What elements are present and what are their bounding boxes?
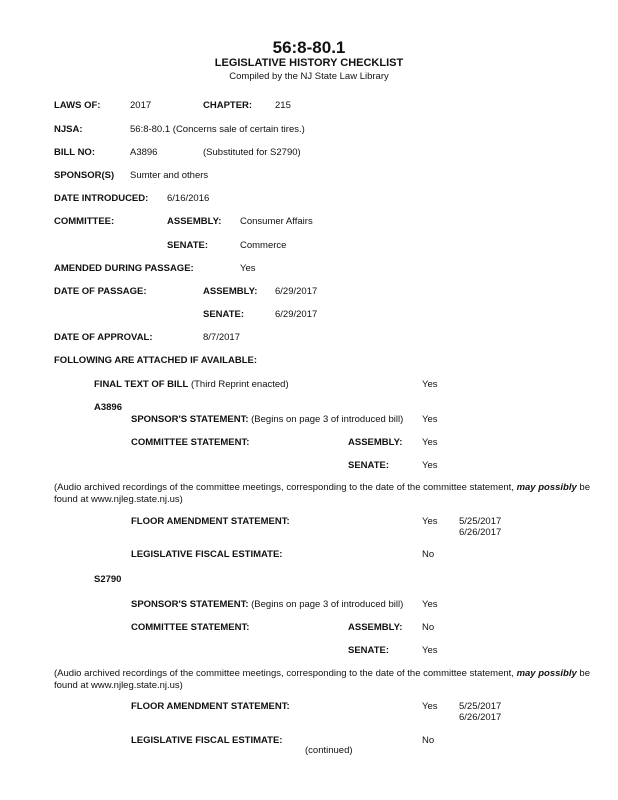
njsa-value: 56:8-80.1 (Concerns sale of certain tire… [130,124,305,135]
date-introduced-label: DATE INTRODUCED: [54,193,148,204]
bill-heading: S2790 [94,574,121,585]
committee-senate-label: SENATE: [167,240,208,251]
committee-statement-assembly-value: Yes [422,437,438,448]
committee-statement-assembly-label: ASSEMBLY: [348,622,402,633]
fiscal-estimate-label: LEGISLATIVE FISCAL ESTIMATE: [131,735,282,746]
final-text-row: FINAL TEXT OF BILL (Third Reprint enacte… [94,379,289,390]
bill-heading: A3896 [94,402,122,413]
committee-label: COMMITTEE: [54,216,114,227]
final-text-label: FINAL TEXT OF BILL [94,379,188,390]
approval-label: DATE OF APPROVAL: [54,332,153,343]
passage-senate-label: SENATE: [203,309,244,320]
committee-assembly-value: Consumer Affairs [240,216,313,227]
floor-amendment-value: Yes [422,516,438,527]
sponsor-statement-note: (Begins on page 3 of introduced bill) [251,599,403,610]
committee-statement-senate-label: SENATE: [348,460,389,471]
committee-statement-assembly-value: No [422,622,434,633]
floor-amendment-date: 5/25/2017 [459,701,501,712]
passage-senate-value: 6/29/2017 [275,309,317,320]
sponsor-statement-label: SPONSOR'S STATEMENT: [131,599,249,610]
document-subtitle: Compiled by the NJ State Law Library [0,71,618,82]
laws-of-label: LAWS OF: [54,100,100,111]
laws-of-value: 2017 [130,100,151,111]
committee-statement-senate-value: Yes [422,645,438,656]
audio-note-emphasis: may possibly [517,668,577,679]
floor-amendment-date: 6/26/2017 [459,527,501,538]
committee-statement-label: COMMITTEE STATEMENT: [131,437,249,448]
committee-statement-assembly-label: ASSEMBLY: [348,437,402,448]
sponsor-statement-label: SPONSOR'S STATEMENT: [131,414,249,425]
committee-senate-value: Commerce [240,240,286,251]
committee-assembly-label: ASSEMBLY: [167,216,221,227]
fiscal-estimate-label: LEGISLATIVE FISCAL ESTIMATE: [131,549,282,560]
audio-note-emphasis: may possibly [517,482,577,493]
document-title: LEGISLATIVE HISTORY CHECKLIST [0,57,618,69]
date-introduced-value: 6/16/2016 [167,193,209,204]
fiscal-estimate-value: No [422,549,434,560]
amended-value: Yes [240,263,256,274]
sponsors-label: SPONSOR(S) [54,170,114,181]
committee-statement-label: COMMITTEE STATEMENT: [131,622,249,633]
passage-assembly-value: 6/29/2017 [275,286,317,297]
bill-no-label: BILL NO: [54,147,95,158]
bill-no-note: (Substituted for S2790) [203,147,301,158]
sponsor-statement-value: Yes [422,414,438,425]
audio-note: (Audio archived recordings of the commit… [54,668,602,692]
attached-heading: FOLLOWING ARE ATTACHED IF AVAILABLE: [54,355,257,366]
passage-label: DATE OF PASSAGE: [54,286,147,297]
floor-amendment-date: 5/25/2017 [459,516,501,527]
passage-assembly-label: ASSEMBLY: [203,286,257,297]
sponsors-value: Sumter and others [130,170,208,181]
bill-no-value: A3896 [130,147,157,158]
statute-number: 56:8-80.1 [0,38,618,58]
final-text-note: (Third Reprint enacted) [191,379,289,390]
njsa-label: NJSA: [54,124,83,135]
floor-amendment-label: FLOOR AMENDMENT STATEMENT: [131,516,290,527]
fiscal-estimate-value: No [422,735,434,746]
sponsor-statement-row: SPONSOR'S STATEMENT: (Begins on page 3 o… [131,414,403,425]
audio-note: (Audio archived recordings of the commit… [54,482,602,506]
committee-statement-senate-label: SENATE: [348,645,389,656]
final-text-value: Yes [422,379,438,390]
chapter-value: 215 [275,100,291,111]
sponsor-statement-row: SPONSOR'S STATEMENT: (Begins on page 3 o… [131,599,403,610]
continued-note: (continued) [305,745,353,756]
approval-value: 8/7/2017 [203,332,240,343]
chapter-label: CHAPTER: [203,100,252,111]
audio-note-text: (Audio archived recordings of the commit… [54,482,517,493]
sponsor-statement-value: Yes [422,599,438,610]
floor-amendment-date: 6/26/2017 [459,712,501,723]
amended-label: AMENDED DURING PASSAGE: [54,263,194,274]
floor-amendment-value: Yes [422,701,438,712]
committee-statement-senate-value: Yes [422,460,438,471]
audio-note-text: (Audio archived recordings of the commit… [54,668,517,679]
floor-amendment-label: FLOOR AMENDMENT STATEMENT: [131,701,290,712]
sponsor-statement-note: (Begins on page 3 of introduced bill) [251,414,403,425]
